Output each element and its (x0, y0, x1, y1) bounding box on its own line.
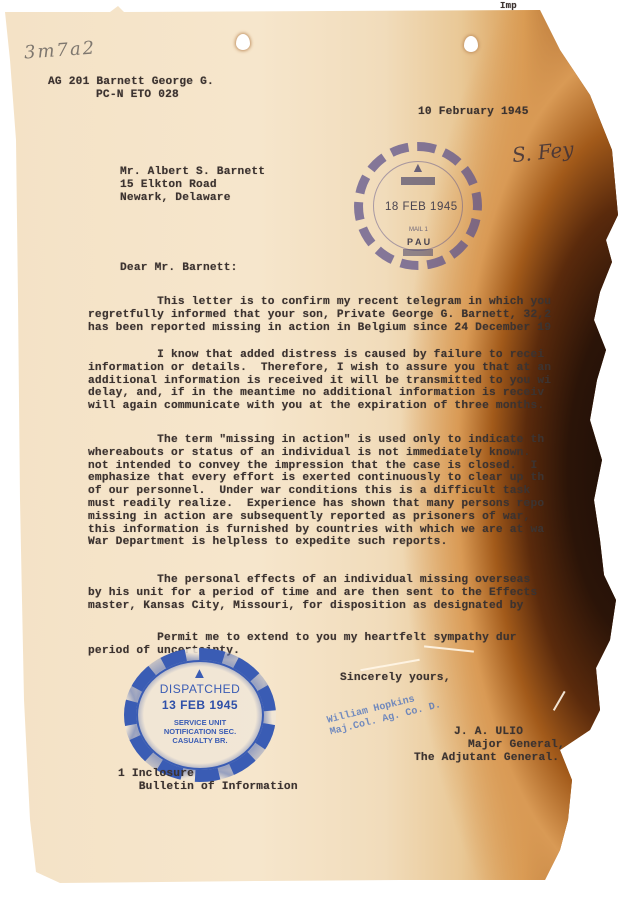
signature-block: J. A. ULIOMajor General,The Adjutant Gen… (454, 726, 565, 764)
recipient-city: Newark, Delaware (120, 192, 265, 205)
closing: Sincerely yours, (340, 672, 451, 685)
letter-date: 10 February 1945 (418, 106, 529, 119)
paragraph-telegram-confirmation: This letter is to confirm my recent tele… (88, 296, 640, 334)
received-stamp-code: P A U (407, 237, 430, 247)
paragraph-personal-effects: The personal effects of an individual mi… (88, 574, 640, 612)
reference-line-1: AG 201 Barnett George G. (48, 76, 214, 89)
reference-line-2: PC-N ETO 028 (48, 89, 214, 102)
punch-hole-left (236, 34, 250, 50)
enclosure-item: Bulletin of Information (118, 781, 298, 794)
stamp-smudge (403, 249, 433, 256)
dispatched-stamp-unit: SERVICE UNIT NOTIFICATION SEC. CASUALTY … (136, 718, 264, 745)
stamp-smudge (401, 177, 435, 185)
recipient-name: Mr. Albert S. Barnett (120, 166, 265, 179)
scanned-letter-page: Imp 3m7a2 S. Fey AG 201 Barnett George G… (0, 0, 640, 901)
signer-name: J. A. ULIO (454, 726, 565, 739)
arrow-up-icon: ▲ (192, 666, 207, 683)
enclosure-count: 1 Inclosure (118, 768, 298, 781)
salutation: Dear Mr. Barnett: (120, 262, 238, 275)
dispatched-stamp-date: 13 FEB 1945 (136, 698, 264, 712)
reference-block: AG 201 Barnett George G.PC-N ETO 028 (48, 76, 214, 102)
top-right-mark: Imp (500, 0, 517, 13)
paragraph-additional-information: I know that added distress is caused by … (88, 349, 640, 413)
enclosure-note: 1 Inclosure Bulletin of Information (118, 768, 298, 794)
paragraph-missing-in-action-definition: The term "missing in action" is used onl… (88, 434, 640, 549)
dispatched-stamp: ▲ DISPATCHED 13 FEB 1945 SERVICE UNIT NO… (124, 648, 276, 782)
arrow-up-icon: ▲ (411, 161, 425, 177)
dispatched-stamp-title: DISPATCHED (136, 682, 264, 696)
signer-rank: Major General, (454, 739, 565, 752)
recipient-street: 15 Elkton Road (120, 179, 265, 192)
recipient-address: Mr. Albert S. Barnett15 Elkton RoadNewar… (120, 166, 265, 204)
punch-hole-right (464, 36, 478, 52)
received-stamp-small: MAIL 1 (409, 227, 428, 233)
received-stamp-date: 18 FEB 1945 (385, 201, 458, 213)
received-stamp: ▲ 18 FEB 1945 MAIL 1 P A U (354, 142, 482, 270)
signer-title: The Adjutant General. (414, 752, 565, 765)
